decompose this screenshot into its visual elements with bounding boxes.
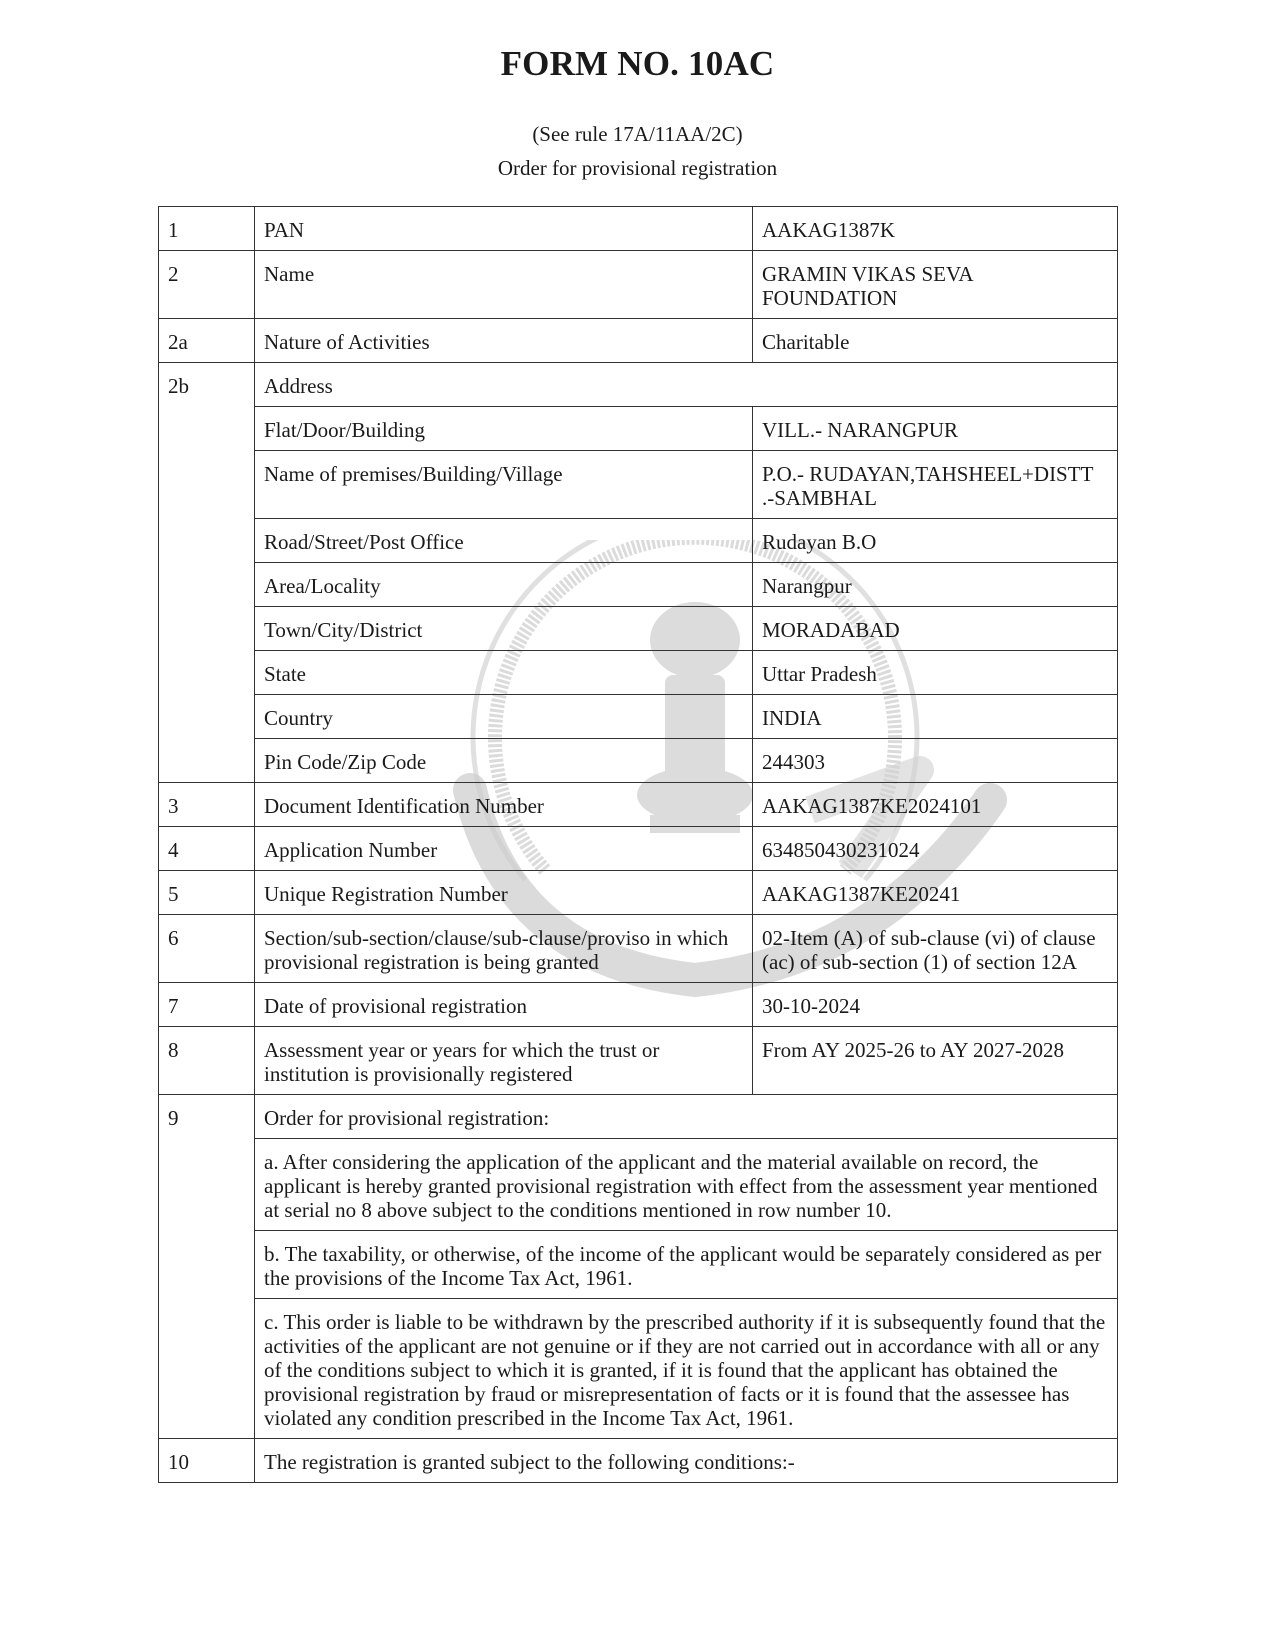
address-field-value: 244303 bbox=[753, 739, 1118, 783]
serial-number: 7 bbox=[159, 983, 255, 1027]
field-label: Nature of Activities bbox=[255, 319, 753, 363]
field-value: Charitable bbox=[753, 319, 1118, 363]
field-label: Unique Registration Number bbox=[255, 871, 753, 915]
table-row: 2aNature of ActivitiesCharitable bbox=[159, 319, 1118, 363]
table-row: 6Section/sub-section/clause/sub-clause/p… bbox=[159, 915, 1118, 983]
form-title: FORM NO. 10AC bbox=[0, 44, 1275, 84]
address-field-row: Area/LocalityNarangpur bbox=[159, 563, 1118, 607]
address-field-row: Flat/Door/BuildingVILL.- NARANGPUR bbox=[159, 407, 1118, 451]
serial-number: 1 bbox=[159, 207, 255, 251]
field-label: Assessment year or years for which the t… bbox=[255, 1027, 753, 1095]
serial-number: 2a bbox=[159, 319, 255, 363]
field-value: 02-Item (A) of sub-clause (vi) of clause… bbox=[753, 915, 1118, 983]
serial-number: 6 bbox=[159, 915, 255, 983]
order-paragraph: c. This order is liable to be withdrawn … bbox=[255, 1299, 1118, 1439]
registration-table: 1PANAAKAG1387K2NameGRAMIN VIKAS SEVA FOU… bbox=[158, 206, 1118, 1483]
order-heading: Order for provisional registration: bbox=[255, 1095, 1118, 1139]
field-value: AAKAG1387KE20241 bbox=[753, 871, 1118, 915]
conditions-row: 10The registration is granted subject to… bbox=[159, 1439, 1118, 1483]
conditions-text: The registration is granted subject to t… bbox=[255, 1439, 1118, 1483]
serial-number: 5 bbox=[159, 871, 255, 915]
table-row: 3Document Identification NumberAAKAG1387… bbox=[159, 783, 1118, 827]
table-row: 7Date of provisional registration30-10-2… bbox=[159, 983, 1118, 1027]
address-field-row: CountryINDIA bbox=[159, 695, 1118, 739]
address-field-label: Road/Street/Post Office bbox=[255, 519, 753, 563]
table-row: 2NameGRAMIN VIKAS SEVA FOUNDATION bbox=[159, 251, 1118, 319]
order-row: 9Order for provisional registration: bbox=[159, 1095, 1118, 1139]
address-field-label: Area/Locality bbox=[255, 563, 753, 607]
field-value: AAKAG1387K bbox=[753, 207, 1118, 251]
field-label: Application Number bbox=[255, 827, 753, 871]
address-field-value: Rudayan B.O bbox=[753, 519, 1118, 563]
serial-number: 4 bbox=[159, 827, 255, 871]
order-paragraph-row: b. The taxability, or otherwise, of the … bbox=[159, 1231, 1118, 1299]
address-field-row: Name of premises/Building/VillageP.O.- R… bbox=[159, 451, 1118, 519]
address-field-value: Uttar Pradesh bbox=[753, 651, 1118, 695]
form-subtitle: Order for provisional registration bbox=[0, 156, 1275, 181]
order-paragraph-row: a. After considering the application of … bbox=[159, 1139, 1118, 1231]
field-label: Section/sub-section/clause/sub-clause/pr… bbox=[255, 915, 753, 983]
address-field-label: Name of premises/Building/Village bbox=[255, 451, 753, 519]
field-label: Document Identification Number bbox=[255, 783, 753, 827]
serial-number: 9 bbox=[159, 1095, 255, 1439]
field-value: GRAMIN VIKAS SEVA FOUNDATION bbox=[753, 251, 1118, 319]
field-value: 30-10-2024 bbox=[753, 983, 1118, 1027]
field-label: Name bbox=[255, 251, 753, 319]
field-label: Date of provisional registration bbox=[255, 983, 753, 1027]
serial-number: 2b bbox=[159, 363, 255, 783]
table-row: 4Application Number634850430231024 bbox=[159, 827, 1118, 871]
table-row: 5Unique Registration NumberAAKAG1387KE20… bbox=[159, 871, 1118, 915]
field-value: 634850430231024 bbox=[753, 827, 1118, 871]
field-label: PAN bbox=[255, 207, 753, 251]
serial-number: 8 bbox=[159, 1027, 255, 1095]
address-field-label: Town/City/District bbox=[255, 607, 753, 651]
serial-number: 3 bbox=[159, 783, 255, 827]
address-row: 2bAddress bbox=[159, 363, 1118, 407]
address-field-value: INDIA bbox=[753, 695, 1118, 739]
address-heading: Address bbox=[255, 363, 1118, 407]
address-field-label: State bbox=[255, 651, 753, 695]
address-field-label: Pin Code/Zip Code bbox=[255, 739, 753, 783]
field-value: AAKAG1387KE2024101 bbox=[753, 783, 1118, 827]
order-paragraph-row: c. This order is liable to be withdrawn … bbox=[159, 1299, 1118, 1439]
address-field-row: Pin Code/Zip Code244303 bbox=[159, 739, 1118, 783]
order-paragraph: b. The taxability, or otherwise, of the … bbox=[255, 1231, 1118, 1299]
serial-number: 2 bbox=[159, 251, 255, 319]
address-field-label: Flat/Door/Building bbox=[255, 407, 753, 451]
address-field-value: P.O.- RUDAYAN,TAHSHEEL+DISTT .-SAMBHAL bbox=[753, 451, 1118, 519]
table-row: 1PANAAKAG1387K bbox=[159, 207, 1118, 251]
table-row: 8Assessment year or years for which the … bbox=[159, 1027, 1118, 1095]
address-field-row: Town/City/DistrictMORADABAD bbox=[159, 607, 1118, 651]
field-value: From AY 2025-26 to AY 2027-2028 bbox=[753, 1027, 1118, 1095]
address-field-value: MORADABAD bbox=[753, 607, 1118, 651]
address-field-row: Road/Street/Post OfficeRudayan B.O bbox=[159, 519, 1118, 563]
address-field-value: Narangpur bbox=[753, 563, 1118, 607]
serial-number: 10 bbox=[159, 1439, 255, 1483]
order-paragraph: a. After considering the application of … bbox=[255, 1139, 1118, 1231]
address-field-label: Country bbox=[255, 695, 753, 739]
address-field-row: StateUttar Pradesh bbox=[159, 651, 1118, 695]
address-field-value: VILL.- NARANGPUR bbox=[753, 407, 1118, 451]
rule-reference: (See rule 17A/11AA/2C) bbox=[0, 122, 1275, 147]
